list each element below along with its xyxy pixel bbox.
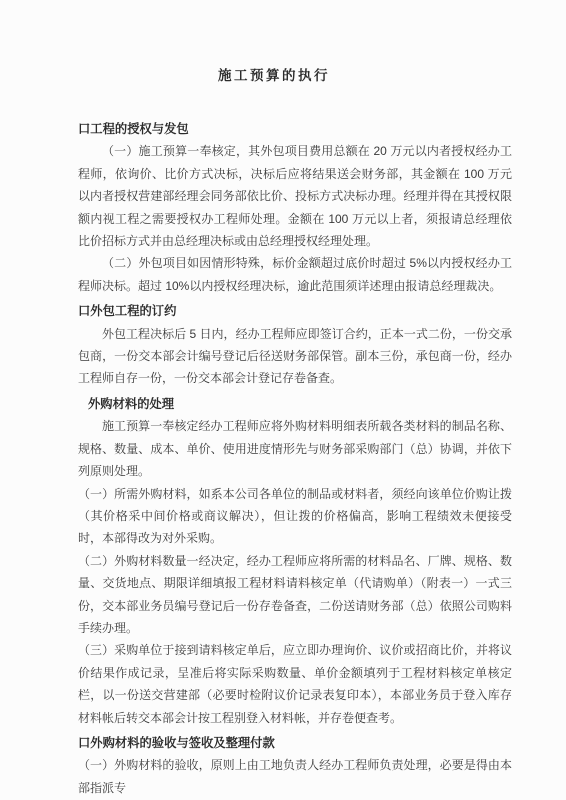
section-heading-materials-acceptance-payment: 口外购材料的验收与签收及整理付款 [78, 732, 512, 754]
section-heading-project-authorization: 口工程的授权与发包 [78, 118, 512, 140]
paragraph: （一）施工预算一奉核定，其外包项目费用总额在 20 万元以内者授权经办工程师，依… [78, 140, 512, 252]
paragraph: （二）外购材料数量一经决定，经办工程师应将所需的材料品名、厂牌、规格、数量、交货… [78, 550, 512, 640]
document-page: 施工预算的执行 口工程的授权与发包 （一）施工预算一奉核定，其外包项目费用总额在… [0, 0, 566, 800]
paragraph: 外包工程决标后 5 日内，经办工程师应即签订合约，正本一式二份，一份交承包商，一… [78, 323, 512, 390]
paragraph: （二）外包项目如因情形特殊，标价金额超过底价时超过 5%以内授权经办工程师决标。… [78, 252, 512, 297]
paragraph: 施工预算一奉核定经办工程师应将外购材料明细表所载各类材料的制品名称、规格、数量、… [78, 415, 512, 482]
paragraph: （三）采购单位于接到请料核定单后，应立即办理询价、议价或招商比价，并将议价结果作… [78, 639, 512, 729]
page-title: 施工预算的执行 [78, 64, 512, 88]
paragraph: （一）外购材料的验收，原则上由工地负责人经办工程师负责处理，必要是得由本部指派专 [78, 754, 512, 799]
document-content: 施工预算的执行 口工程的授权与发包 （一）施工预算一奉核定，其外包项目费用总额在… [78, 64, 512, 799]
section-heading-outsourced-contract: 口外包工程的订约 [78, 300, 512, 322]
section-heading-purchased-materials-handling: 外购材料的处理 [78, 393, 512, 415]
paragraph: （一）所需外购材料，如系本公司各单位的制品或材料者，须经向该单位价购让拨（其价格… [78, 483, 512, 550]
